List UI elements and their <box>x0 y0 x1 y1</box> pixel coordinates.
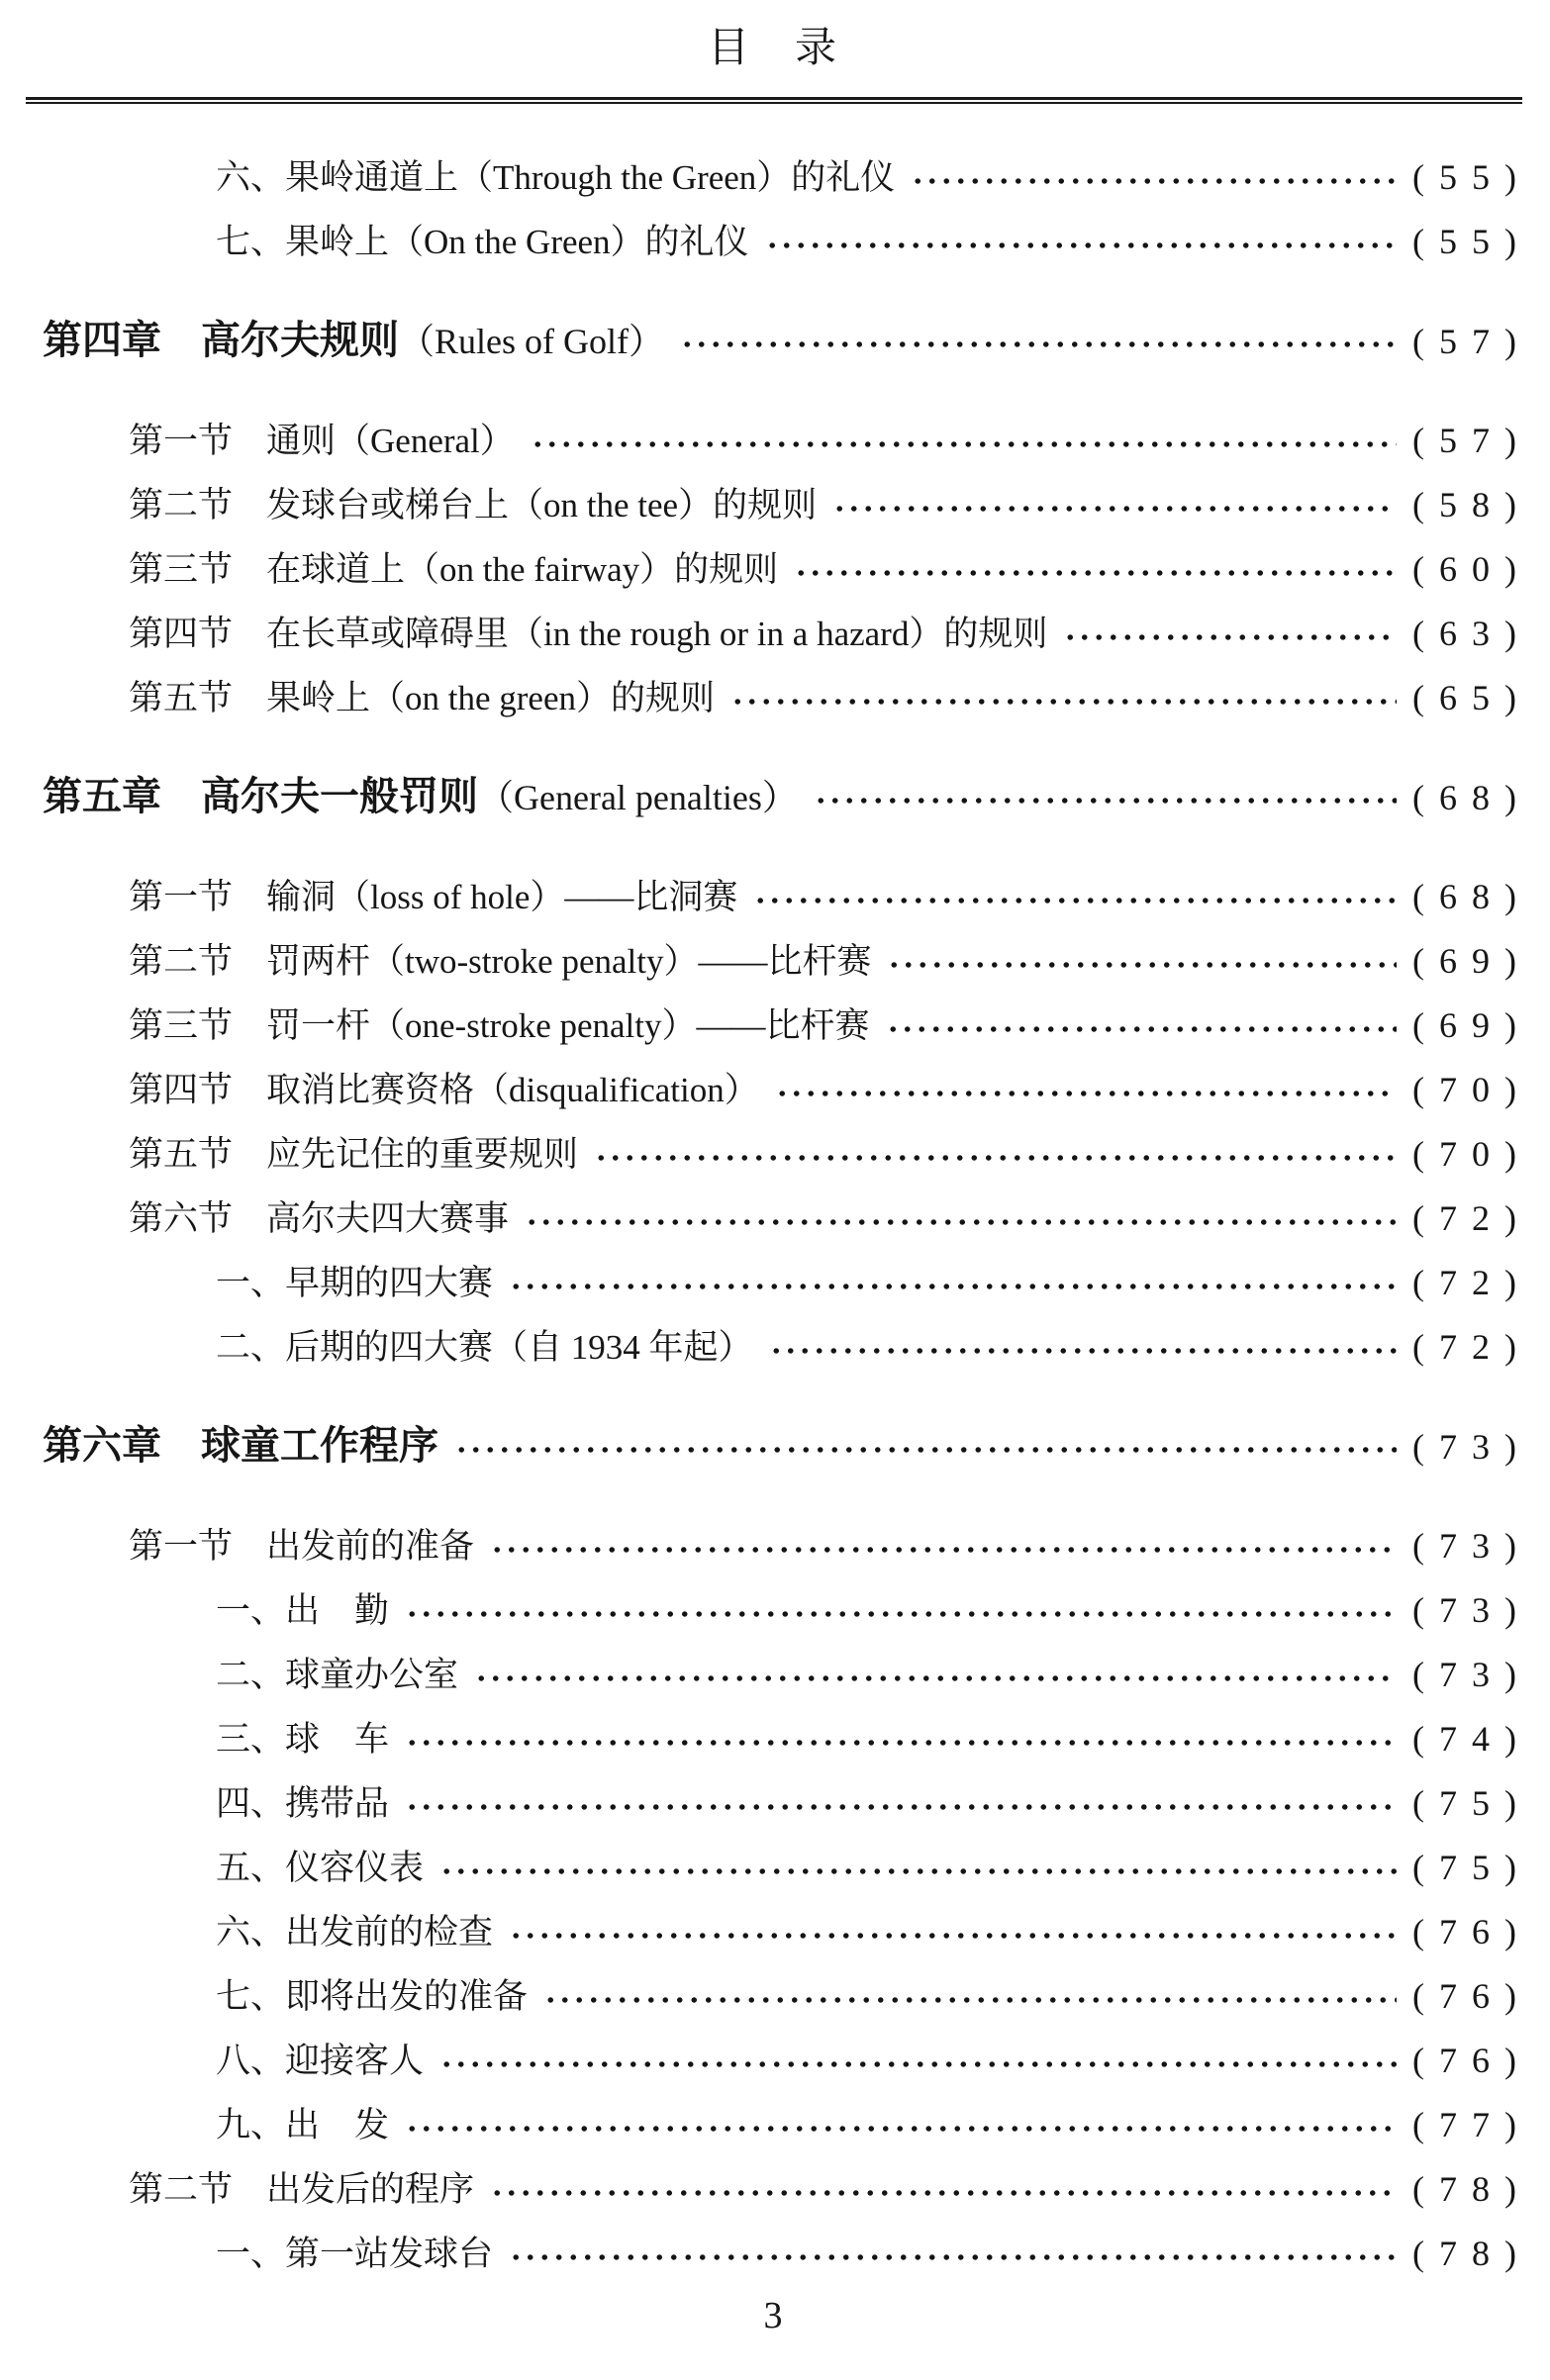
toc-entry-label: 第一节 <box>129 1514 233 1578</box>
toc-entry-label: 七、 <box>216 1964 285 2029</box>
toc-entry-page-number: (68) <box>1412 766 1531 830</box>
toc-entry-label: 第二节 <box>129 473 233 537</box>
dot-leader <box>594 1154 1397 1162</box>
toc-entry: 八、 迎接客人 (76) <box>216 2029 1516 2093</box>
toc-entry-page-number: (55) <box>1412 210 1531 274</box>
page-header: 目 录 <box>30 26 1516 71</box>
toc-entry-page-number: (63) <box>1412 602 1531 666</box>
toc-entry: 第五节 应先记住的重要规则 (70) <box>129 1122 1516 1187</box>
toc-entry-title: 通则（General） <box>266 409 515 473</box>
toc-entry-label: 二、 <box>216 1315 285 1380</box>
toc-entry-title: 仪容仪表 <box>285 1836 424 1900</box>
toc-entry-page-number: (68) <box>1412 865 1531 929</box>
toc-entry-title: 高尔夫一般罚则 <box>201 765 478 829</box>
dot-leader <box>543 1996 1397 2004</box>
toc-entry-page-number: (72) <box>1412 1251 1531 1315</box>
toc-entry: 第六节 高尔夫四大赛事 (72) <box>129 1187 1516 1251</box>
toc-entry: 第二节 罚两杆（two-stroke penalty）——比杆赛 (69) <box>129 929 1516 994</box>
toc-entry: 第六章 球童工作程序 (73) <box>43 1414 1516 1479</box>
table-of-contents: 六、 果岭通道上（Through the Green）的礼仪 (55) 七、 果… <box>30 145 1516 2286</box>
toc-entry-label: 八、 <box>216 2029 285 2093</box>
toc-entry-page-number: (60) <box>1412 537 1531 602</box>
toc-entry-title: 取消比赛资格（disqualification） <box>266 1058 759 1122</box>
toc-entry: 第四章 高尔夫规则 （Rules of Golf） (57) <box>43 309 1516 374</box>
toc-entry-page-number: (55) <box>1412 145 1531 210</box>
dot-leader <box>439 2060 1397 2068</box>
toc-entry-label: 七、 <box>216 210 285 274</box>
toc-entry-title: 出 勤 <box>285 1578 389 1643</box>
toc-entry-title: 罚两杆（two-stroke penalty）——比杆赛 <box>266 929 871 994</box>
toc-entry-title: 球 车 <box>285 1707 389 1771</box>
toc-entry-title-english: （Rules of Golf） <box>399 310 664 374</box>
dot-leader <box>405 2125 1397 2133</box>
toc-entry: 第二节 发球台或梯台上（on the tee）的规则 (58) <box>129 473 1516 537</box>
dot-leader <box>730 698 1397 706</box>
toc-entry: 五、 仪容仪表 (75) <box>216 1836 1516 1900</box>
toc-entry-title: 在球道上（on the fairway）的规则 <box>266 537 778 602</box>
toc-entry-label: 第二节 <box>129 2157 233 2222</box>
toc-entry-title: 携带品 <box>285 1771 389 1836</box>
toc-entry-page-number: (57) <box>1412 310 1531 374</box>
toc-entry-title: 早期的四大赛 <box>285 1251 493 1315</box>
dot-leader <box>814 797 1397 805</box>
dot-leader <box>775 1090 1397 1097</box>
toc-entry-title: 果岭上（on the green）的规则 <box>266 666 715 730</box>
toc-entry: 六、 果岭通道上（Through the Green）的礼仪 (55) <box>216 145 1516 210</box>
toc-entry-page-number: (72) <box>1412 1315 1531 1380</box>
toc-entry-label: 第六章 <box>43 1414 161 1478</box>
dot-leader <box>911 177 1397 185</box>
toc-entry: 七、 即将出发的准备 (76) <box>216 1964 1516 2029</box>
toc-entry: 二、 后期的四大赛（自 1934 年起） (72) <box>216 1315 1516 1380</box>
toc-entry-title: 在长草或障碍里（in the rough or in a hazard）的规则 <box>266 602 1047 666</box>
dot-leader <box>531 440 1397 448</box>
toc-entry-label: 第三节 <box>129 994 233 1058</box>
toc-entry-label: 三、 <box>216 1707 285 1771</box>
toc-entry-label: 第四节 <box>129 1058 233 1122</box>
dot-leader <box>490 2189 1397 2197</box>
toc-entry-title: 球童工作程序 <box>201 1414 438 1478</box>
page-footer: 3 <box>30 2294 1516 2339</box>
toc-entry-label: 一、 <box>216 1251 285 1315</box>
toc-entry-title: 出 发 <box>285 2093 389 2157</box>
toc-entry: 第三节 罚一杆（one-stroke penalty）——比杆赛 (69) <box>129 994 1516 1058</box>
toc-entry: 一、 出 勤 (73) <box>216 1578 1516 1643</box>
dot-leader <box>509 1932 1397 1940</box>
toc-entry-page-number: (58) <box>1412 473 1531 537</box>
toc-entry-title: 出发前的准备 <box>266 1514 474 1578</box>
toc-entry-label: 第四章 <box>43 309 161 373</box>
toc-entry-page-number: (72) <box>1412 1187 1531 1251</box>
dot-leader <box>439 1867 1397 1875</box>
toc-entry-label: 第五节 <box>129 1122 233 1187</box>
dot-leader <box>887 961 1397 969</box>
toc-entry-page-number: (78) <box>1412 2222 1531 2286</box>
page-title: 目 录 <box>708 26 838 71</box>
toc-entry: 三、 球 车 (74) <box>216 1707 1516 1771</box>
toc-entry-page-number: (77) <box>1412 2093 1531 2157</box>
dot-leader <box>405 1803 1397 1811</box>
dot-leader <box>454 1446 1397 1454</box>
toc-entry-label: 九、 <box>216 2093 285 2157</box>
toc-entry-page-number: (65) <box>1412 666 1531 730</box>
dot-leader <box>474 1674 1397 1682</box>
dot-leader <box>886 1025 1398 1033</box>
toc-entry-title: 后期的四大赛（自 1934 年起） <box>285 1315 753 1380</box>
toc-entry-label: 第四节 <box>129 602 233 666</box>
dot-leader <box>509 2253 1397 2261</box>
toc-entry-title: 果岭上（On the Green）的礼仪 <box>285 210 749 274</box>
toc-entry-label: 第二节 <box>129 929 233 994</box>
footer-page-number: 3 <box>764 2295 783 2336</box>
toc-entry-page-number: (69) <box>1412 929 1531 994</box>
toc-entry-title: 出发后的程序 <box>266 2157 474 2222</box>
toc-entry-page-number: (69) <box>1412 994 1531 1058</box>
dot-leader <box>405 1610 1397 1618</box>
toc-entry-title: 应先记住的重要规则 <box>266 1122 578 1187</box>
toc-entry-title: 即将出发的准备 <box>285 1964 528 2029</box>
toc-entry-page-number: (76) <box>1412 1900 1531 1964</box>
toc-entry-page-number: (78) <box>1412 2157 1531 2222</box>
toc-entry-label: 五、 <box>216 1836 285 1900</box>
toc-entry: 四、 携带品 (75) <box>216 1771 1516 1836</box>
toc-entry-title: 迎接客人 <box>285 2029 424 2093</box>
toc-entry-title: 第一站发球台 <box>285 2222 493 2286</box>
toc-entry: 九、 出 发 (77) <box>216 2093 1516 2157</box>
dot-leader <box>832 505 1397 513</box>
dot-leader <box>769 1347 1397 1355</box>
toc-entry: 一、 早期的四大赛 (72) <box>216 1251 1516 1315</box>
toc-entry: 第四节 在长草或障碍里（in the rough or in a hazard）… <box>129 602 1516 666</box>
toc-entry-page-number: (75) <box>1412 1771 1531 1836</box>
toc-entry-label: 第三节 <box>129 537 233 602</box>
toc-entry-title: 罚一杆（one-stroke penalty）——比杆赛 <box>266 994 870 1058</box>
toc-entry-label: 二、 <box>216 1643 285 1707</box>
toc-entry-title: 果岭通道上（Through the Green）的礼仪 <box>285 145 895 210</box>
toc-entry-title: 高尔夫规则 <box>201 309 399 373</box>
toc-entry-page-number: (73) <box>1412 1514 1531 1578</box>
toc-entry-title: 发球台或梯台上（on the tee）的规则 <box>266 473 817 537</box>
dot-leader <box>525 1218 1397 1226</box>
toc-entry-page-number: (73) <box>1412 1578 1531 1643</box>
toc-entry-title: 球童办公室 <box>285 1643 458 1707</box>
toc-entry: 第一节 输洞（loss of hole）——比洞赛 (68) <box>129 865 1516 929</box>
toc-entry-label: 第五章 <box>43 765 161 829</box>
dot-leader <box>490 1546 1397 1554</box>
toc-entry-label: 六、 <box>216 145 285 210</box>
toc-entry-title: 出发前的检查 <box>285 1900 493 1964</box>
toc-entry-label: 第六节 <box>129 1187 233 1251</box>
toc-entry: 第一节 通则（General） (57) <box>129 409 1516 473</box>
toc-entry: 二、 球童办公室 (73) <box>216 1643 1516 1707</box>
toc-entry-label: 一、 <box>216 2222 285 2286</box>
toc-entry-label: 六、 <box>216 1900 285 1964</box>
toc-entry-page-number: (73) <box>1412 1415 1531 1479</box>
dot-leader <box>753 897 1397 904</box>
toc-entry-page-number: (76) <box>1412 1964 1531 2029</box>
toc-entry-label: 第五节 <box>129 666 233 730</box>
toc-entry-title: 输洞（loss of hole）——比洞赛 <box>266 865 737 929</box>
toc-entry-page-number: (73) <box>1412 1643 1531 1707</box>
toc-page: 目 录 六、 果岭通道上（Through the Green）的礼仪 (55) … <box>0 0 1550 2380</box>
dot-leader <box>680 340 1397 348</box>
dot-leader <box>794 569 1397 577</box>
dot-leader <box>509 1283 1397 1290</box>
toc-entry: 第一节 出发前的准备 (73) <box>129 1514 1516 1578</box>
toc-entry-page-number: (74) <box>1412 1707 1531 1771</box>
toc-entry-page-number: (75) <box>1412 1836 1531 1900</box>
toc-entry-label: 第一节 <box>129 409 233 473</box>
toc-entry-page-number: (76) <box>1412 2029 1531 2093</box>
toc-entry-title-english: （General penalties） <box>478 766 798 830</box>
toc-entry-page-number: (70) <box>1412 1058 1531 1122</box>
toc-entry: 第五章 高尔夫一般罚则 （General penalties） (68) <box>43 765 1516 830</box>
toc-entry: 一、 第一站发球台 (78) <box>216 2222 1516 2286</box>
toc-entry: 第四节 取消比赛资格（disqualification） (70) <box>129 1058 1516 1122</box>
toc-entry-page-number: (70) <box>1412 1122 1531 1187</box>
toc-entry-label: 四、 <box>216 1771 285 1836</box>
dot-leader <box>765 241 1397 249</box>
header-rule-divider <box>26 97 1522 104</box>
toc-entry-label: 一、 <box>216 1578 285 1643</box>
toc-entry-title: 高尔夫四大赛事 <box>266 1187 509 1251</box>
toc-entry: 第五节 果岭上（on the green）的规则 (65) <box>129 666 1516 730</box>
dot-leader <box>405 1739 1397 1747</box>
toc-entry: 六、 出发前的检查 (76) <box>216 1900 1516 1964</box>
toc-entry-label: 第一节 <box>129 865 233 929</box>
toc-entry: 七、 果岭上（On the Green）的礼仪 (55) <box>216 210 1516 274</box>
toc-entry: 第三节 在球道上（on the fairway）的规则 (60) <box>129 537 1516 602</box>
toc-entry-page-number: (57) <box>1412 409 1531 473</box>
toc-entry: 第二节 出发后的程序 (78) <box>129 2157 1516 2222</box>
dot-leader <box>1063 633 1397 641</box>
